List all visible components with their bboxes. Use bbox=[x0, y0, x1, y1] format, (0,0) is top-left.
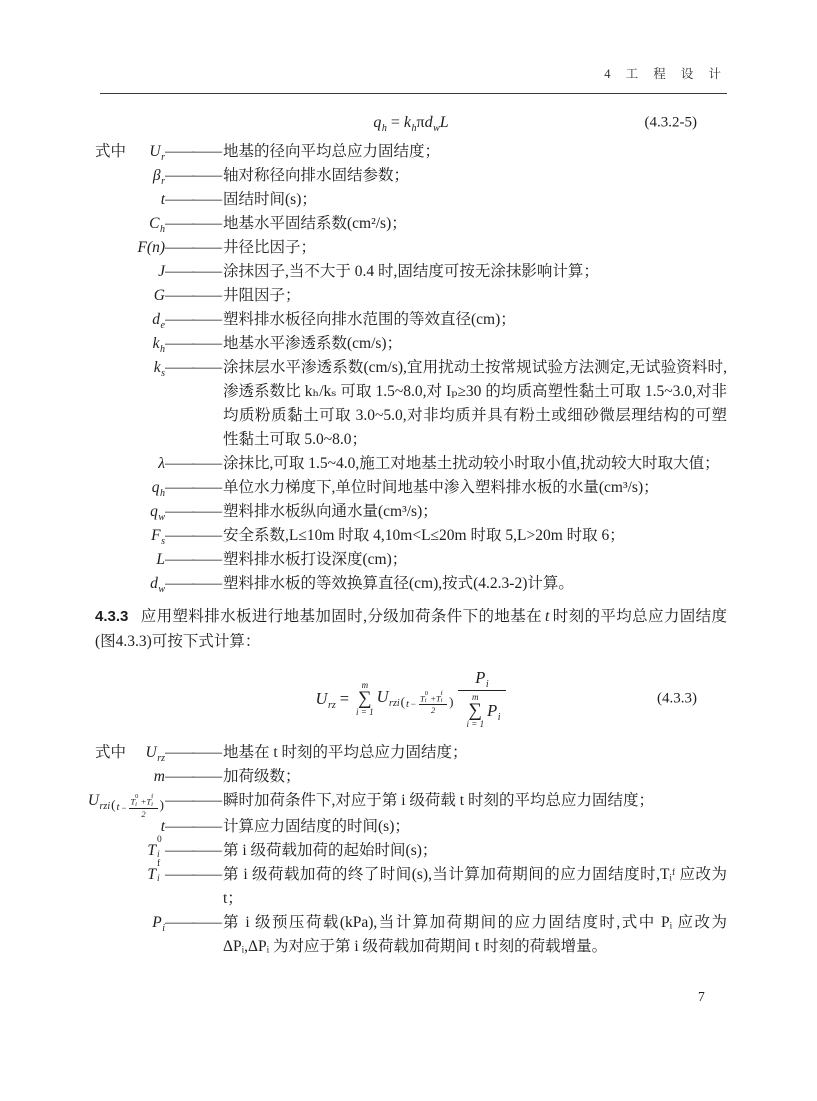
symbol-description: 塑料排水板的等效换算直径(cm),按式(4.2.3-2)计算。 bbox=[223, 572, 727, 596]
em-dash: —— bbox=[165, 863, 223, 887]
summation: m∑i = 1 bbox=[467, 693, 485, 729]
em-dash: —— bbox=[165, 284, 223, 308]
symbol: Fs bbox=[137, 524, 165, 548]
where-label: 式中 bbox=[95, 140, 137, 164]
symbol: G bbox=[137, 284, 165, 308]
symbol: m bbox=[137, 765, 165, 789]
definition-row: 式中 Ur —— 地基的径向平均总应力固结度； bbox=[95, 140, 727, 164]
symbol-description: 塑料排水板径向排水范围的等效直径(cm)； bbox=[223, 308, 727, 332]
symbol: T0i bbox=[137, 839, 165, 863]
symbol: qh bbox=[137, 476, 165, 500]
symbol: Pi bbox=[137, 911, 165, 935]
definition-row: L —— 塑料排水板打设深度(cm)； bbox=[95, 548, 727, 572]
em-dash: —— bbox=[165, 164, 223, 188]
summation: m∑i = 1 bbox=[356, 681, 374, 717]
load-ratio-fraction: Pi m∑i = 1Pi bbox=[458, 668, 507, 729]
page-header: 4 工 程 设 计 bbox=[100, 64, 727, 94]
symbol-description: 涂抹因子,当不大于 0.4 时,固结度可按无涂抹影响计算； bbox=[223, 260, 727, 284]
definition-row: G —— 井阻因子； bbox=[95, 284, 727, 308]
em-dash: —— bbox=[165, 212, 223, 236]
symbol-description: 地基的径向平均总应力固结度； bbox=[223, 140, 727, 164]
symbol: t bbox=[137, 188, 165, 212]
equation-number: (4.3.2-5) bbox=[645, 115, 698, 132]
em-dash: —— bbox=[165, 140, 223, 164]
symbol-description: 井径比因子； bbox=[223, 236, 727, 260]
em-dash: —— bbox=[165, 815, 223, 839]
pi-symbol: π bbox=[416, 114, 424, 132]
definition-row: λ —— 涂抹比,可取 1.5~4.0,施工对地基土扰动较小时取小值,扰动较大时… bbox=[95, 452, 727, 476]
em-dash: —— bbox=[165, 548, 223, 572]
time-argument: t−T0i+Tfi2 bbox=[406, 694, 448, 715]
definition-row: Urzi(t−T0i+Tfi2) —— 瞬时加荷条件下,对应于第 i 级荷载 t… bbox=[95, 789, 727, 815]
em-dash: —— bbox=[165, 308, 223, 332]
em-dash: —— bbox=[165, 332, 223, 356]
symbol: Ch bbox=[137, 212, 165, 236]
em-dash: —— bbox=[165, 911, 223, 935]
definition-row: T0i —— 第 i 级荷载加荷的起始时间(s)； bbox=[95, 839, 727, 863]
definition-row: ks —— 涂抹层水平渗透系数(cm/s),宜用扰动土按常规试验方法测定,无试验… bbox=[95, 356, 727, 452]
em-dash: —— bbox=[165, 572, 223, 596]
formula-urz: Urz = m∑i = 1 Urzi(t−T0i+Tfi2) Pi m∑i = … bbox=[316, 668, 507, 729]
symbol-description: 塑料排水板打设深度(cm)； bbox=[223, 548, 727, 572]
symbol-definition-list-2: 式中 Urz —— 地基在 t 时刻的平均总应力固结度； m —— 加荷级数； … bbox=[95, 741, 727, 959]
definition-row: Fs —— 安全系数,L≤10m 时取 4,10m<L≤20m 时取 5,L>2… bbox=[95, 524, 727, 548]
symbol-description: 加荷级数； bbox=[223, 765, 727, 789]
em-dash: —— bbox=[165, 789, 223, 813]
clause-number: 4.3.3 bbox=[95, 608, 128, 625]
definition-row: F(n) —— 井径比因子； bbox=[95, 236, 727, 260]
definition-row: t —— 固结时间(s)； bbox=[95, 188, 727, 212]
definition-row: m —— 加荷级数； bbox=[95, 765, 727, 789]
chapter-title: 4 工 程 设 计 bbox=[604, 67, 727, 81]
definition-row: J —— 涂抹因子,当不大于 0.4 时,固结度可按无涂抹影响计算； bbox=[95, 260, 727, 284]
small-fraction: T0i+Tfi2 bbox=[129, 797, 157, 818]
symbol: L bbox=[137, 548, 165, 572]
symbol: dw bbox=[137, 572, 165, 596]
symbol-description: 井阻因子； bbox=[223, 284, 727, 308]
definition-row: t —— 计算应力固结度的时间(s)； bbox=[95, 815, 727, 839]
em-dash: —— bbox=[165, 236, 223, 260]
definition-row: de —— 塑料排水板径向排水范围的等效直径(cm)； bbox=[95, 308, 727, 332]
small-fraction: T0i+Tfi2 bbox=[419, 694, 447, 715]
variable-t: t bbox=[545, 608, 549, 625]
symbol-description: 单位水力梯度下,单位时间地基中渗入塑料排水板的水量(cm³/s)； bbox=[223, 476, 727, 500]
definition-row: Ch —— 地基水平固结系数(cm²/s)； bbox=[95, 212, 727, 236]
definition-row: βr —— 轴对称径向排水固结参数； bbox=[95, 164, 727, 188]
em-dash: —— bbox=[165, 500, 223, 524]
where-label: 式中 bbox=[95, 741, 137, 765]
symbol: J bbox=[137, 260, 165, 284]
definition-row: qh —— 单位水力梯度下,单位时间地基中渗入塑料排水板的水量(cm³/s)； bbox=[95, 476, 727, 500]
em-dash: —— bbox=[165, 356, 223, 380]
symbol-description: 轴对称径向排水固结参数； bbox=[223, 164, 727, 188]
symbol-description: 第 i 级预压荷载(kPa),当计算加荷期间的应力固结度时,式中 Pᵢ 应改为 … bbox=[223, 911, 727, 959]
symbol: Urz bbox=[137, 741, 165, 765]
definition-row: qw —— 塑料排水板纵向通水量(cm³/s)； bbox=[95, 500, 727, 524]
symbol: F(n) bbox=[137, 236, 165, 260]
formula-qh: qh=khπdwL bbox=[373, 114, 448, 132]
em-dash: —— bbox=[165, 476, 223, 500]
clause-4-3-3-paragraph: 4.3.3应用塑料排水板进行地基加固时,分级加荷条件下的地基在t时刻的平均总应力… bbox=[95, 604, 727, 654]
definition-row: Tfi —— 第 i 级荷载加荷的终了时间(s),当计算加荷期间的应力固结度时,… bbox=[95, 863, 727, 911]
symbol-description: 塑料排水板纵向通水量(cm³/s)； bbox=[223, 500, 727, 524]
equation-number: (4.3.3) bbox=[657, 690, 697, 707]
symbol-description: 固结时间(s)； bbox=[223, 188, 727, 212]
symbol-description: 安全系数,L≤10m 时取 4,10m<L≤20m 时取 5,L>20m 时取 … bbox=[223, 524, 727, 548]
em-dash: —— bbox=[165, 765, 223, 789]
symbol-definition-list-1: 式中 Ur —— 地基的径向平均总应力固结度； βr —— 轴对称径向排水固结参… bbox=[95, 140, 727, 596]
symbol-description: 瞬时加荷条件下,对应于第 i 级荷载 t 时刻的平均总应力固结度； bbox=[223, 789, 727, 813]
symbol-description: 第 i 级荷载加荷的终了时间(s),当计算加荷期间的应力固结度时,Tᵢᶠ 应改为… bbox=[223, 863, 727, 911]
definition-row: Pi —— 第 i 级预压荷载(kPa),当计算加荷期间的应力固结度时,式中 P… bbox=[95, 911, 727, 959]
em-dash: —— bbox=[165, 260, 223, 284]
symbol: Tfi bbox=[137, 863, 165, 887]
symbol-description: 计算应力固结度的时间(s)； bbox=[223, 815, 727, 839]
symbol-description: 地基在 t 时刻的平均总应力固结度； bbox=[223, 741, 727, 765]
symbol-description: 地基水平固结系数(cm²/s)； bbox=[223, 212, 727, 236]
definition-row: dw —— 塑料排水板的等效换算直径(cm),按式(4.2.3-2)计算。 bbox=[95, 572, 727, 596]
equation-4-3-3: Urz = m∑i = 1 Urzi(t−T0i+Tfi2) Pi m∑i = … bbox=[95, 668, 727, 729]
symbol: qw bbox=[137, 500, 165, 524]
symbol: βr bbox=[137, 164, 165, 188]
em-dash: —— bbox=[165, 188, 223, 212]
definition-row: 式中 Urz —— 地基在 t 时刻的平均总应力固结度； bbox=[95, 741, 727, 765]
symbol: kh bbox=[137, 332, 165, 356]
symbol-description: 涂抹比,可取 1.5~4.0,施工对地基土扰动较小时取小值,扰动较大时取大值； bbox=[223, 452, 727, 476]
symbol-description: 第 i 级荷载加荷的起始时间(s)； bbox=[223, 839, 727, 863]
symbol-u-rzi-argument: Urzi(t−T0i+Tfi2) bbox=[137, 789, 165, 815]
symbol-description: 地基水平渗透系数(cm/s)； bbox=[223, 332, 727, 356]
symbol: ks bbox=[137, 356, 165, 380]
symbol: de bbox=[137, 308, 165, 332]
em-dash: —— bbox=[165, 839, 223, 863]
document-body: qh=khπdwL (4.3.2-5) 式中 Ur —— 地基的径向平均总应力固… bbox=[95, 104, 727, 959]
equation-4-3-2-5: qh=khπdwL (4.3.2-5) bbox=[95, 114, 727, 132]
em-dash: —— bbox=[165, 741, 223, 765]
clause-text: 应用塑料排水板进行地基加固时,分级加荷条件下的地基在 bbox=[140, 608, 542, 625]
page-number: 7 bbox=[698, 989, 705, 1005]
em-dash: —— bbox=[165, 452, 223, 476]
em-dash: —— bbox=[165, 524, 223, 548]
symbol: λ bbox=[137, 452, 165, 476]
symbol: Ur bbox=[137, 140, 165, 164]
definition-row: kh —— 地基水平渗透系数(cm/s)； bbox=[95, 332, 727, 356]
symbol-description: 涂抹层水平渗透系数(cm/s),宜用扰动土按常规试验方法测定,无试验资料时,渗透… bbox=[223, 356, 727, 452]
